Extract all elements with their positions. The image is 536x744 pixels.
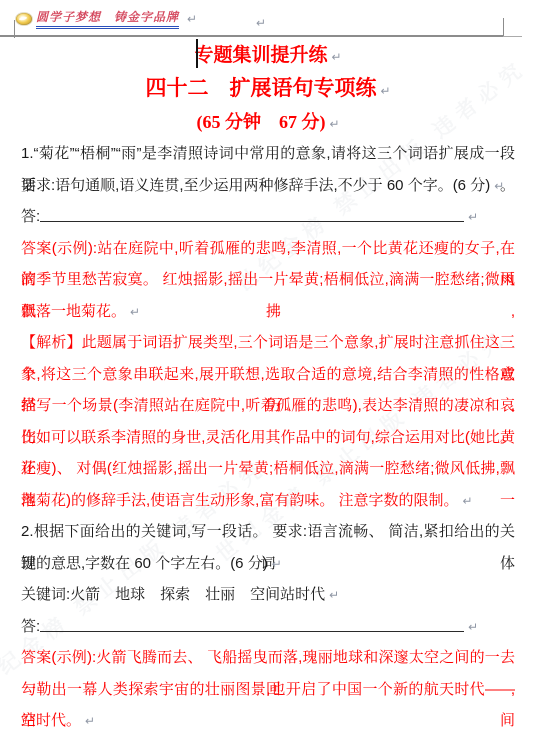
answer-label: 答: [21, 618, 40, 635]
text-line: 关键词:火箭 地球 探索 壮丽 空间站时代↵ [21, 579, 515, 611]
text-line-content: 现的意思,字数在 60 个字左右。(6 分) [21, 555, 268, 572]
answer-blank-line[interactable] [40, 613, 464, 632]
question-1-analysis: 【解析】此题属于词语扩展类型,三个词语是三个意象,扩展时注意抓住这三个意象,将这… [21, 327, 515, 516]
margin-crop-mark-right [503, 18, 504, 36]
text-line-content: 站时代。 [21, 712, 81, 729]
paragraph-mark-icon: ↵ [329, 588, 339, 602]
text-line-content: 飘落一地菊花。 [21, 303, 126, 320]
title-block: 专题集训提升练↵ 四十二 扩展语句专项练↵ (65 分钟 67 分)↵ [21, 40, 515, 139]
question-1-answer-row: 答:↵ [21, 201, 515, 233]
section-title: 专题集训提升练↵ [21, 40, 515, 73]
text-line-content: 地菊花)的修辞手法,使语言生动形象,富有韵味。 注意字数的限制。 [21, 492, 459, 509]
text-line-content: 勾勒出一幕人类探索宇宙的壮丽图景,也开启了中国一个新的航天时代——空间 [21, 674, 515, 737]
lesson-title: 四十二 扩展语句专项练↵ [21, 73, 515, 107]
lesson-title-text: 四十二 扩展语句专项练 [145, 77, 376, 100]
text-line: 还瘦)、 对偶(红烛摇影,摇出一片晕黄;梧桐低泣,滴满一腔愁绪;微风低拂,飘落一 [21, 453, 515, 485]
text-line: 【解析】此题属于词语扩展类型,三个词语是三个意象,扩展时注意抓住这三个意 [21, 327, 515, 359]
text-line: 2.根据下面给出的关键词,写一段话。 要求:语言流畅、 简洁,紧扣给出的关键词体 [21, 516, 515, 548]
margin-crop-mark-left [14, 20, 15, 38]
paragraph-mark-icon: ↵ [380, 84, 390, 98]
text-line: 勾勒出一幕人类探索宇宙的壮丽图景,也开启了中国一个新的航天时代——空间 [21, 674, 515, 706]
time-score-text: (65 分钟 67 分) [196, 112, 325, 132]
text-line: 描写一个场景(李清照站在庭院中,听着孤雁的悲鸣),表达李清照的凄凉和哀伤。 [21, 390, 515, 422]
text-line: 的季节里愁苦寂寞。 红烛摇影,摇出一片晕黄;梧桐低泣,滴满一腔愁绪;微风低拂, [21, 264, 515, 296]
answer-blank-line[interactable] [40, 203, 464, 222]
text-line: 答案(示例):站在庭院中,听着孤雁的悲鸣,李清照,一个比黄花还瘦的女子,在滴雨 [21, 233, 515, 265]
text-line: 要求:语句通顺,语义连贯,至少运用两种修辞手法,不少于 60 个字。(6 分)↵ [21, 170, 515, 202]
question-1-stem: 1.“菊花”“梧桐”“雨”是李清照诗词中常用的意象,请将这三个词语扩展成一段话。… [21, 138, 515, 201]
question-2-sample-answer: 答案(示例):火箭飞腾而去、 飞船摇曳而落,瑰丽地球和深邃太空之间的一去一回,勾… [21, 642, 515, 737]
paragraph-mark-icon: ↵ [494, 179, 504, 193]
text-line-content: 要求:语句通顺,语义连贯,至少运用两种修辞手法,不少于 60 个字。(6 分) [21, 177, 490, 194]
document-body[interactable]: 1.“菊花”“梧桐”“雨”是李清照诗词中常用的意象,请将这三个词语扩展成一段话。… [21, 138, 515, 737]
paragraph-mark-icon: ↵ [468, 210, 478, 224]
paragraph-mark-icon: ↵ [331, 50, 341, 64]
paragraph-mark-icon: ↵ [85, 714, 95, 728]
time-score-line: (65 分钟 67 分)↵ [21, 107, 515, 139]
text-line: 比如可以联系李清照的身世,灵活化用其作品中的词句,综合运用对比(她比黄花 [21, 422, 515, 454]
text-cursor [196, 39, 198, 68]
section-title-text: 专题集训提升练 [194, 45, 327, 66]
brand-slogan-link[interactable]: 圆学子梦想 铸金字品牌 [36, 8, 179, 29]
header-boundary-line [0, 35, 504, 37]
gold-seal-icon [16, 13, 32, 25]
text-line: 地菊花)的修辞手法,使语言生动形象,富有韵味。 注意字数的限制。↵ [21, 485, 515, 517]
brand-header: 圆学子梦想 铸金字品牌 ↵ [16, 8, 197, 29]
question-2-stem: 2.根据下面给出的关键词,写一段话。 要求:语言流畅、 简洁,紧扣给出的关键词体… [21, 516, 515, 579]
paragraph-mark-icon: ↵ [329, 117, 339, 131]
header-boundary-stub [503, 36, 522, 37]
question-1-sample-answer: 答案(示例):站在庭院中,听着孤雁的悲鸣,李清照,一个比黄花还瘦的女子,在滴雨的… [21, 233, 515, 328]
paragraph-mark-icon: ↵ [256, 16, 266, 30]
paragraph-mark-icon: ↵ [272, 557, 282, 571]
question-2-keywords: 关键词:火箭 地球 探索 壮丽 空间站时代↵ [21, 579, 515, 611]
paragraph-mark-icon: ↵ [187, 12, 197, 26]
text-line: 答案(示例):火箭飞腾而去、 飞船摇曳而落,瑰丽地球和深邃太空之间的一去一回, [21, 642, 515, 674]
paragraph-mark-icon: ↵ [463, 494, 473, 508]
answer-label: 答: [21, 208, 40, 225]
paragraph-mark-icon: ↵ [468, 620, 478, 634]
text-line: 象,将这三个意象串联起来,展开联想,选取合适的意境,结合李清照的性格或经历, [21, 359, 515, 391]
paragraph-mark-icon: ↵ [130, 305, 140, 319]
text-line-content: 关键词:火箭 地球 探索 壮丽 空间站时代 [21, 586, 325, 603]
text-line: 1.“菊花”“梧桐”“雨”是李清照诗词中常用的意象,请将这三个词语扩展成一段话。 [21, 138, 515, 170]
question-2-answer-row: 答:↵ [21, 611, 515, 643]
